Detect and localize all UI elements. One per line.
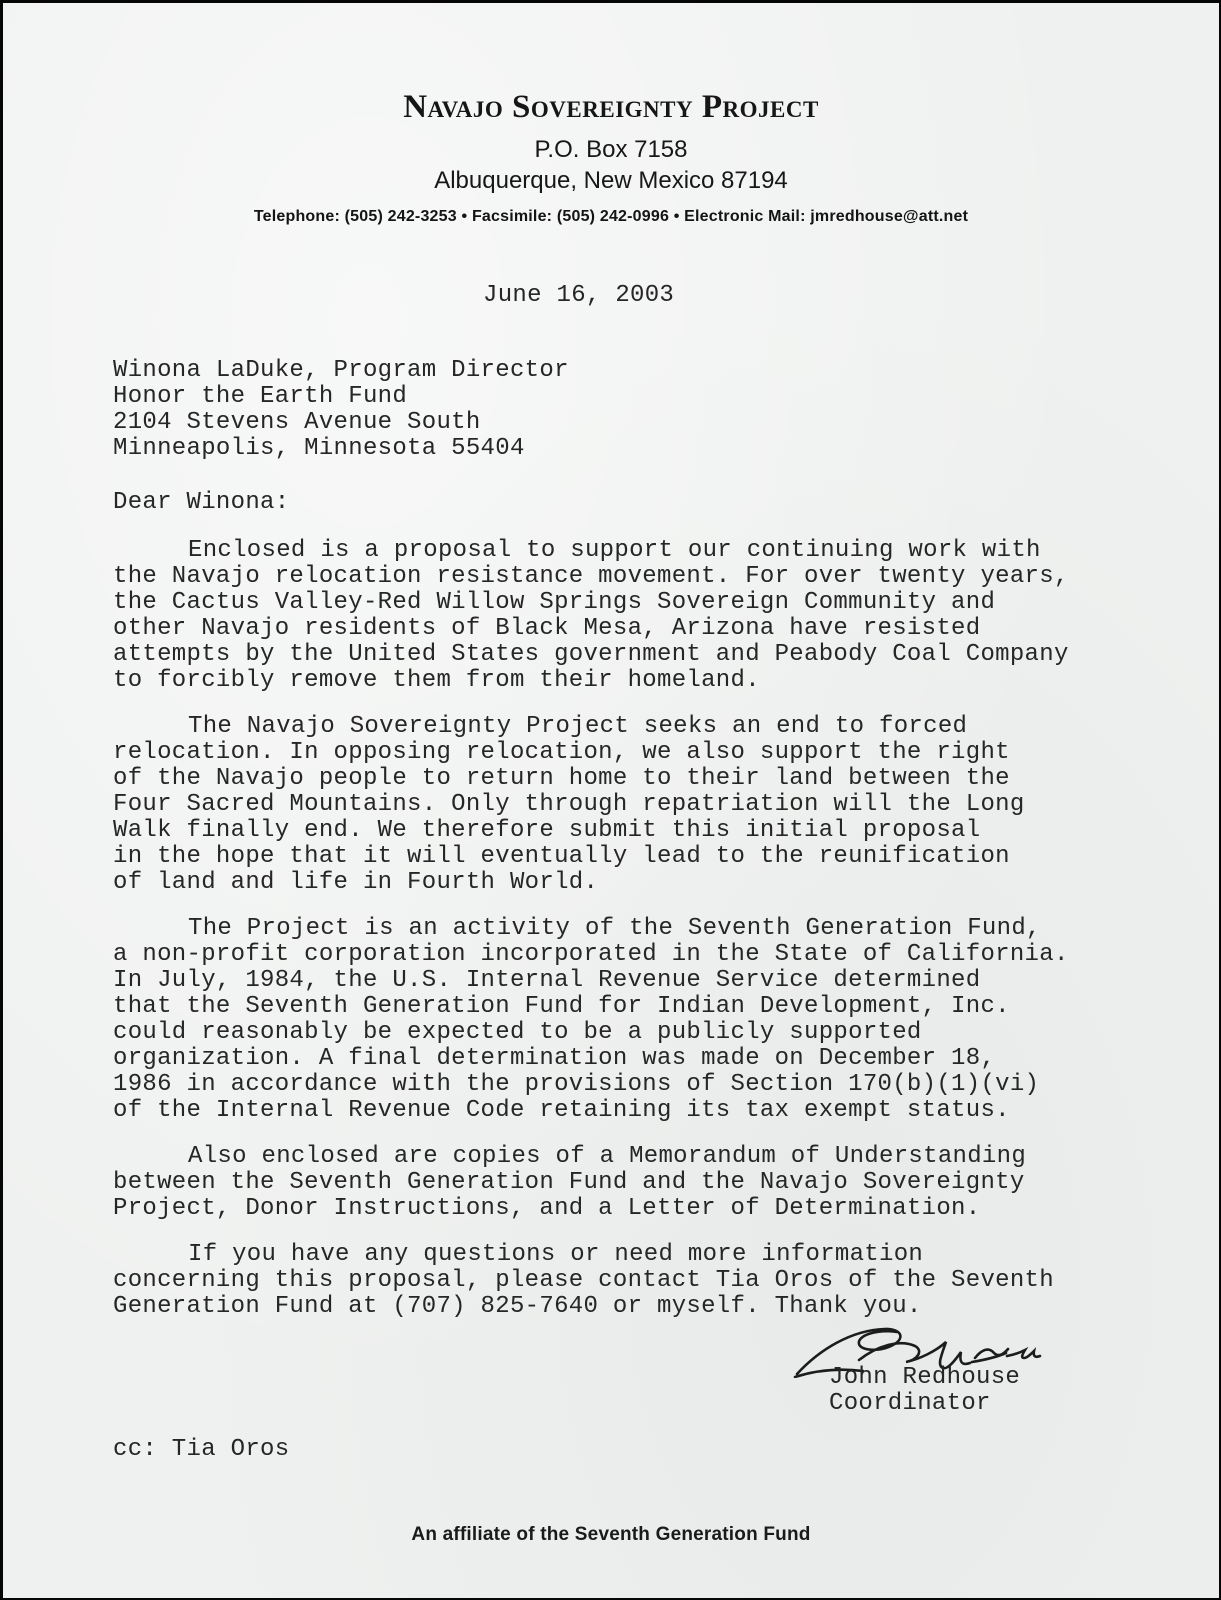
paragraph-5: If you have any questions or need more i… bbox=[113, 1242, 1149, 1320]
recipient-address-block: Winona LaDuke, Program Director Honor th… bbox=[113, 358, 1149, 462]
letterhead: Navajo Sovereignty Project P.O. Box 7158… bbox=[3, 3, 1219, 226]
footer-affiliate-line: An affiliate of the Seventh Generation F… bbox=[3, 1524, 1219, 1546]
paragraph-2: The Navajo Sovereignty Project seeks an … bbox=[113, 714, 1149, 896]
cc-line: cc: Tia Oros bbox=[113, 1437, 1149, 1463]
paragraph-3: The Project is an activity of the Sevent… bbox=[113, 916, 1149, 1124]
letterhead-po-box: P.O. Box 7158 bbox=[3, 136, 1219, 164]
paragraph-4: Also enclosed are copies of a Memorandum… bbox=[113, 1144, 1149, 1222]
paragraph-1: Enclosed is a proposal to support our co… bbox=[113, 538, 1149, 694]
signatory-name: John Redhouse bbox=[803, 1365, 1149, 1391]
signatory-role: Coordinator bbox=[803, 1391, 1149, 1417]
letterhead-contact-line: Telephone: (505) 242-3253 • Facsimile: (… bbox=[3, 208, 1219, 226]
salutation: Dear Winona: bbox=[113, 490, 1149, 516]
letterhead-city-line: Albuquerque, New Mexico 87194 bbox=[3, 167, 1219, 195]
letter-date: June 16, 2003 bbox=[483, 283, 1149, 309]
scanned-letter-page: Navajo Sovereignty Project P.O. Box 7158… bbox=[3, 3, 1219, 1598]
organization-name: Navajo Sovereignty Project bbox=[3, 91, 1219, 124]
letter-body: June 16, 2003 Winona LaDuke, Program Dir… bbox=[3, 283, 1219, 1463]
closing-block: John Redhouse Coordinator bbox=[803, 1320, 1149, 1417]
